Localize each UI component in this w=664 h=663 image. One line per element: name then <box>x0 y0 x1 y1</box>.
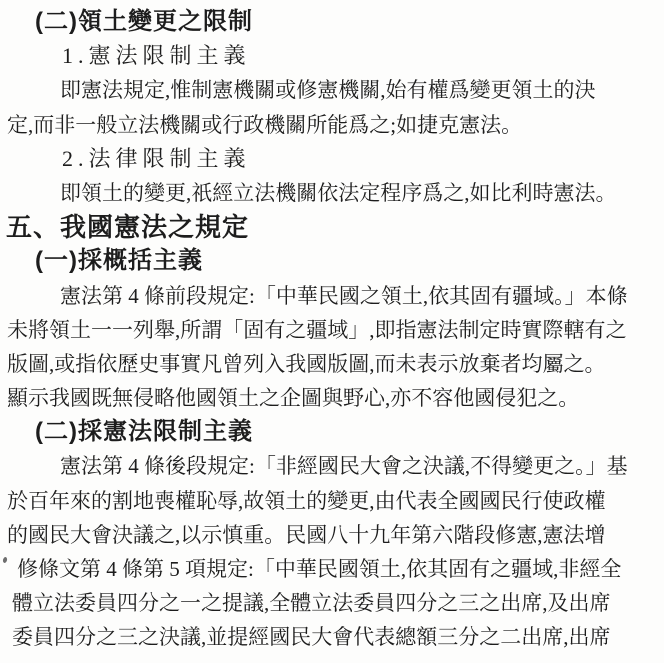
body-text-line: 修條文第 4 條第 5 項規定:「中華民國領土,依其固有之疆域,非經全 <box>0 552 664 586</box>
body-text-line: 定,而非一般立法機關或行政機關所能爲之;如捷克憲法。 <box>0 108 664 142</box>
body-text-line: 未將領土一一列舉,所謂「固有之疆域」,即指憲法制定時實際轄有之 <box>0 313 664 347</box>
body-text-line: 憲法第 4 條前段規定:「中華民國之領土,依其固有疆域。」本條 <box>0 279 664 313</box>
document-page: (二)領土變更之限制1.憲法限制主義即憲法規定,惟制憲機關或修憲機關,始有權爲變… <box>0 0 664 663</box>
body-text-line: 即憲法規定,惟制憲機關或修憲機關,始有權爲變更領土的決 <box>0 73 664 107</box>
body-text-line: 憲法第 4 條後段規定:「非經國民大會之決議,不得變更之。」基 <box>0 449 664 483</box>
body-text-line: 即領土的變更,祇經立法機關依法定程序爲之,如比利時憲法。 <box>0 176 664 210</box>
section-heading: 五、我國憲法之規定 <box>0 210 664 244</box>
text-block: (二)領土變更之限制1.憲法限制主義即憲法規定,惟制憲機關或修憲機關,始有權爲變… <box>0 5 664 655</box>
subsection-heading: (二)採憲法限制主義 <box>0 415 664 449</box>
numbered-subheading: 2.法律限制主義 <box>0 142 664 176</box>
body-text-line: 版圖,或指依歷史事實凡曾列入我國版圖,而未表示放棄者均屬之。 <box>0 347 664 381</box>
subsection-heading: (二)領土變更之限制 <box>0 5 664 39</box>
numbered-subheading: 1.憲法限制主義 <box>0 39 664 73</box>
body-text-line: 顯示我國既無侵略他國領土之企圖與野心,亦不容他國侵犯之。 <box>0 381 664 415</box>
body-text-line: 委員四分之三之決議,並提經國民大會代表總額三分之二出席,出席 <box>0 620 664 654</box>
subsection-heading: (一)採概括主義 <box>0 244 664 278</box>
body-text-line: 的國民大會決議之,以示慎重。民國八十九年第六階段修憲,憲法增 <box>0 518 664 552</box>
body-text-line: 於百年來的割地喪權恥辱,故領土的變更,由代表全國國民行使政權 <box>0 484 664 518</box>
body-text-line: 體立法委員四分之一之提議,全體立法委員四分之三之出席,及出席 <box>0 586 664 620</box>
